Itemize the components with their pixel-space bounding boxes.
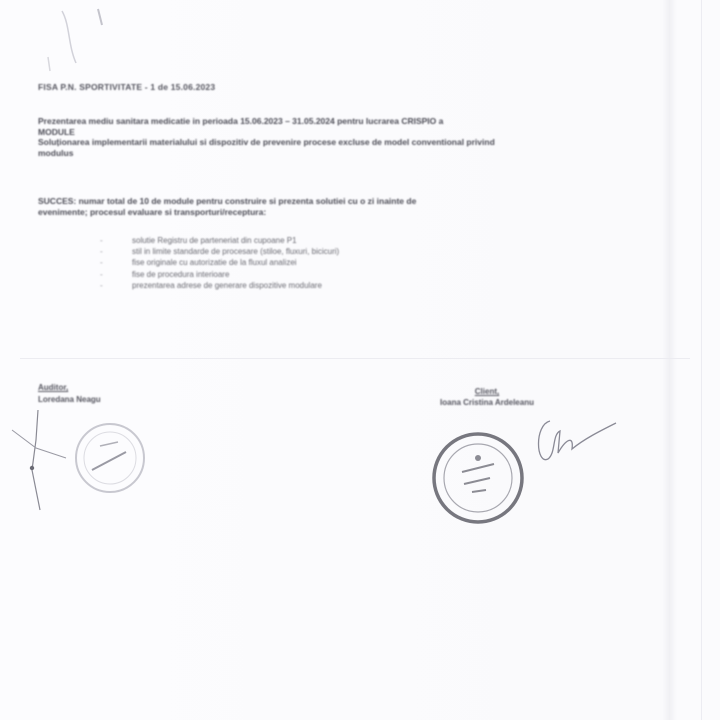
scan-edge — [701, 0, 702, 720]
paragraph-line: modulus — [38, 148, 678, 159]
requirements-list: solutie Registru de parteneriat din cupo… — [100, 235, 339, 291]
handwritten-signature-right — [530, 405, 620, 475]
list-item: stil in limite standarde de procesare (s… — [100, 246, 339, 257]
signature-block-client: Client, Ioana Cristina Ardeleanu — [432, 386, 542, 408]
signature-name: Ioana Cristina Ardeleanu — [432, 397, 542, 408]
list-item: fise originale cu autorizatie de la flux… — [100, 257, 339, 268]
paragraph-success: SUCCES: numar total de 10 de module pent… — [38, 196, 678, 217]
list-item: fise de procedura interioare — [100, 269, 339, 280]
signature-role: Client, — [432, 386, 542, 397]
stamp-left — [70, 418, 150, 498]
signature-role: Auditor, — [38, 382, 101, 394]
paragraph-line: SUCCES: numar total de 10 de module pent… — [38, 196, 678, 207]
paragraph-line: evenimente; procesul evaluare si transpo… — [38, 207, 678, 218]
paragraph-line: Prezentarea mediu sanitara medicatie in … — [38, 116, 678, 127]
paragraph-intro: Prezentarea mediu sanitara medicatie in … — [38, 116, 678, 158]
paragraph-line: Soluționarea implementarii materialului … — [38, 137, 678, 148]
handwritten-signature-left — [6, 400, 76, 520]
list-item: solutie Registru de parteneriat din cupo… — [100, 235, 339, 246]
divider — [20, 358, 690, 359]
scanned-page: FISA P.N. SPORTIVITATE - 1 de 15.06.2023… — [0, 0, 720, 720]
list-item: prezentarea adrese de generare dispoziti… — [100, 280, 339, 291]
handwritten-mark-top — [40, 5, 130, 75]
paragraph-line: MODULE — [38, 127, 678, 138]
stamp-right — [428, 428, 528, 528]
document-heading: FISA P.N. SPORTIVITATE - 1 de 15.06.2023 — [38, 82, 215, 92]
